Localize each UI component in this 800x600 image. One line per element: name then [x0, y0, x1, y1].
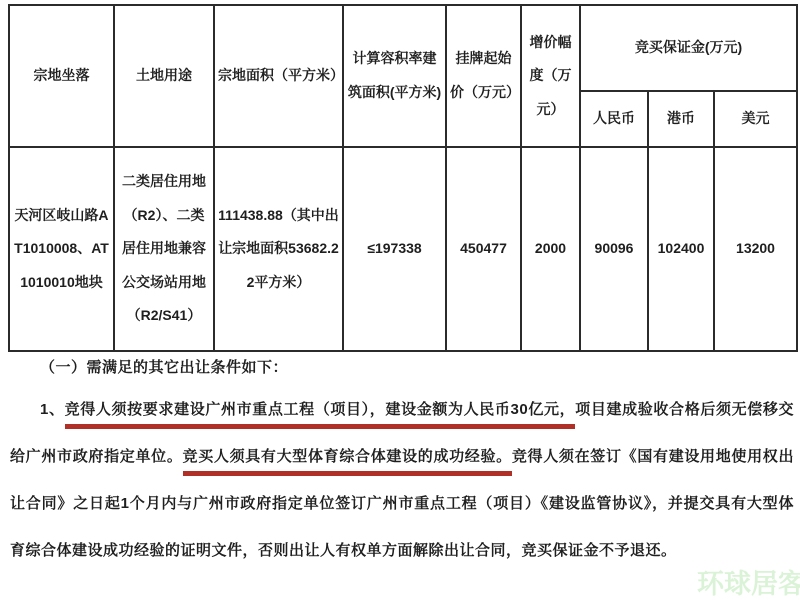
cell-location: 天河区岐山路AT1010008、AT1010010地块 — [9, 147, 114, 351]
document-page: 宗地坐落 土地用途 宗地面积（平方米） 计算容积率建筑面积(平方米) 挂牌起始价… — [0, 0, 800, 600]
header-increment: 增价幅度（万元） — [521, 5, 580, 147]
cell-floor-area: ≤197338 — [343, 147, 446, 351]
conditions-intro: （一）需满足的其它出让条件如下： — [0, 356, 800, 380]
header-deposit-usd: 美元 — [714, 91, 797, 147]
cell-deposit-rmb: 90096 — [580, 147, 648, 351]
cell-start-price: 450477 — [446, 147, 521, 351]
land-parcel-table: 宗地坐落 土地用途 宗地面积（平方米） 计算容积率建筑面积(平方米) 挂牌起始价… — [8, 4, 798, 352]
header-deposit-rmb: 人民币 — [580, 91, 648, 147]
header-start-price: 挂牌起始价（万元） — [446, 5, 521, 147]
item1-underlined-segment-2: 竞买人须具有大型体育综合体建设的成功经验。 — [183, 448, 512, 476]
header-deposit-group: 竞买保证金(万元) — [580, 5, 797, 91]
item1-underlined-segment-1: 竞得人须按要求建设广州市重点工程（项目），建设金额为人民币30亿元， — [65, 401, 576, 429]
header-floor-area: 计算容积率建筑面积(平方米) — [343, 5, 446, 147]
cell-increment: 2000 — [521, 147, 580, 351]
cell-deposit-hkd: 102400 — [648, 147, 714, 351]
header-location: 宗地坐落 — [9, 5, 114, 147]
header-deposit-hkd: 港币 — [648, 91, 714, 147]
cell-land-use: 二类居住用地（R2）、二类居住用地兼容公交场站用地（R2/S41） — [114, 147, 214, 351]
item1-number: 1、 — [40, 401, 65, 418]
condition-item-1: 1、竞得人须按要求建设广州市重点工程（项目），建设金额为人民币30亿元，项目建成… — [0, 386, 794, 574]
cell-parcel-area: 111438.88（其中出让宗地面积53682.22平方米） — [214, 147, 343, 351]
table-row: 天河区岐山路AT1010008、AT1010010地块 二类居住用地（R2）、二… — [9, 147, 797, 351]
cell-deposit-usd: 13200 — [714, 147, 797, 351]
site-watermark: 环球居客 — [697, 562, 800, 600]
header-land-use: 土地用途 — [114, 5, 214, 147]
header-parcel-area: 宗地面积（平方米） — [214, 5, 343, 147]
